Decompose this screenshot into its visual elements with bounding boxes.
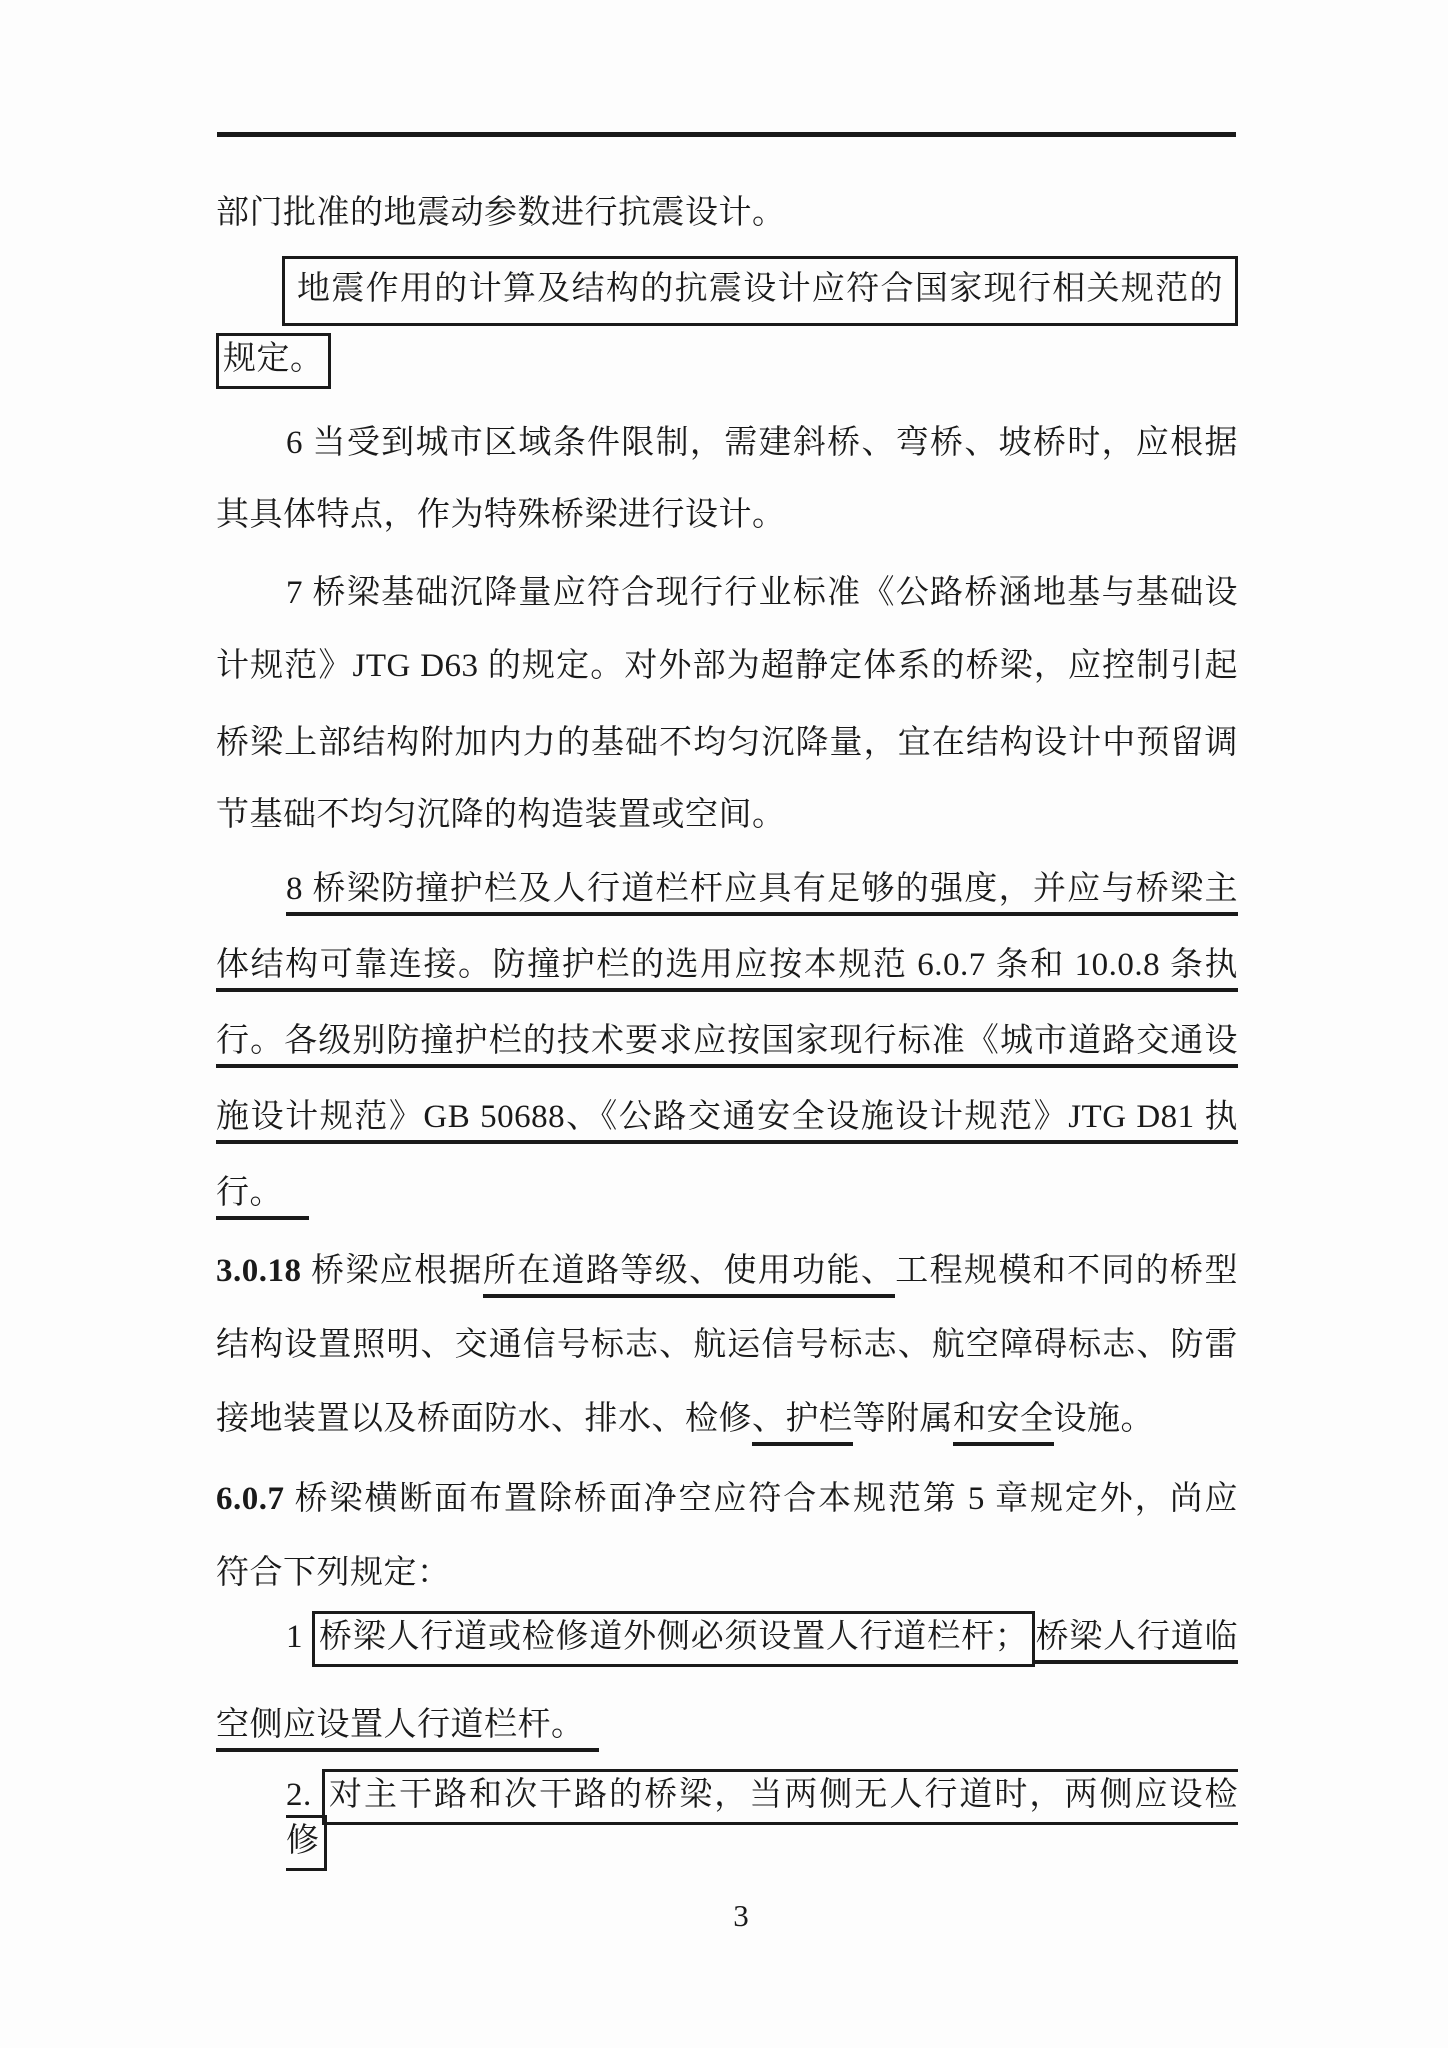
underlined-text: 8 桥梁防撞护栏及人行道栏杆应具有足够的强度，并应与桥梁主 bbox=[286, 871, 1238, 916]
underlined-text: 行。 bbox=[216, 1175, 309, 1220]
line-10: 8 桥梁防撞护栏及人行道栏杆应具有足够的强度，并应与桥梁主 bbox=[216, 866, 1238, 912]
document-body: 部门批准的地震动参数进行抗震设计。地震作用的计算及结构的抗震设计应符合国家现行相… bbox=[0, 0, 1448, 2048]
line-04: 6 当受到城市区域条件限制，需建斜桥、弯桥、坡桥时，应根据 bbox=[216, 420, 1238, 466]
line-12: 行。各级别防撞护栏的技术要求应按国家现行标准《城市道路交通设 bbox=[216, 1018, 1238, 1064]
line-05: 其具体特点，作为特殊桥梁进行设计。 bbox=[216, 492, 1238, 538]
line-18: 6.0.7 桥梁横断面布置除桥面净空应符合本规范第 5 章规定外，尚应 bbox=[216, 1476, 1238, 1522]
text-segment: 接地装置以及桥面防水、排水、检修 bbox=[216, 1401, 752, 1437]
line-14: 行。 bbox=[216, 1170, 1238, 1216]
text-segment: 等附属 bbox=[853, 1401, 954, 1437]
text-segment: 设施。 bbox=[1054, 1401, 1155, 1437]
text-segment: 其具体特点，作为特殊桥梁进行设计。 bbox=[216, 497, 786, 533]
text-segment: 2. bbox=[286, 1777, 322, 1813]
underlined-text: 施设计规范》GB 50688、《公路交通安全设施设计规范》JTG D81 执 bbox=[216, 1099, 1238, 1144]
underlined-text: 桥梁人行道临 bbox=[1035, 1619, 1238, 1664]
text-segment: 符合下列规定： bbox=[216, 1555, 451, 1591]
line-13: 施设计规范》GB 50688、《公路交通安全设施设计规范》JTG D81 执 bbox=[216, 1094, 1238, 1140]
text-segment: 7 桥梁基础沉降量应符合现行行业标准《公路桥涵地基与基础设 bbox=[286, 575, 1238, 611]
line-07: 计规范》JTG D63 的规定。对外部为超静定体系的桥梁，应控制引起 bbox=[216, 643, 1238, 689]
line-01: 部门批准的地震动参数进行抗震设计。 bbox=[216, 190, 1238, 236]
text-segment: 1 bbox=[286, 1619, 312, 1655]
text-segment: 3.0.18 bbox=[216, 1253, 302, 1289]
underlined-text: 所在道路等级、使用功能、 bbox=[483, 1253, 895, 1298]
line-22: 2. 对主干路和次干路的桥梁，当两侧无人行道时，两侧应设检修 bbox=[216, 1772, 1238, 1864]
line-20: 1 桥梁人行道或检修道外侧必须设置人行道栏杆；桥梁人行道临 bbox=[216, 1614, 1238, 1660]
text-segment: 部门批准的地震动参数进行抗震设计。 bbox=[216, 195, 786, 231]
text-segment: 桥梁横断面布置除桥面净空应符合本规范第 5 章规定外，尚应 bbox=[285, 1481, 1239, 1517]
underlined-text: 、护栏 bbox=[752, 1401, 853, 1446]
underlined-text: 体结构可靠连接。防撞护栏的选用应按本规范 6.0.7 条和 10.0.8 条执 bbox=[216, 947, 1238, 992]
text-segment: 桥梁应根据 bbox=[302, 1253, 483, 1289]
boxed-text: 规定。 bbox=[216, 333, 331, 389]
text-segment: 工程规模和不同的桥型 bbox=[895, 1253, 1238, 1289]
underlined-text: 和安全 bbox=[953, 1401, 1054, 1446]
line-09: 节基础不均匀沉降的构造装置或空间。 bbox=[216, 792, 1238, 838]
line-21: 空侧应设置人行道栏杆。 bbox=[216, 1702, 1238, 1748]
line-08: 桥梁上部结构附加内力的基础不均匀沉降量，宜在结构设计中预留调 bbox=[216, 720, 1238, 766]
text-segment: 地震作用的计算及结构的抗震设计应符合国家现行相关规范的 bbox=[297, 271, 1223, 307]
document-page: 部门批准的地震动参数进行抗震设计。地震作用的计算及结构的抗震设计应符合国家现行相… bbox=[0, 0, 1448, 2048]
line-06: 7 桥梁基础沉降量应符合现行行业标准《公路桥涵地基与基础设 bbox=[216, 570, 1238, 616]
line-11: 体结构可靠连接。防撞护栏的选用应按本规范 6.0.7 条和 10.0.8 条执 bbox=[216, 942, 1238, 988]
boxed-text: 桥梁人行道或检修道外侧必须设置人行道栏杆； bbox=[312, 1611, 1035, 1667]
underlined-text: 空侧应设置人行道栏杆。 bbox=[216, 1707, 599, 1752]
text-segment: 桥梁上部结构附加内力的基础不均匀沉降量，宜在结构设计中预留调 bbox=[216, 725, 1238, 761]
line-16: 结构设置照明、交通信号标志、航运信号标志、航空障碍标志、防雷 bbox=[216, 1322, 1238, 1368]
line-02-framed: 地震作用的计算及结构的抗震设计应符合国家现行相关规范的 bbox=[282, 256, 1238, 326]
boxed-text: 对主干路和次干路的桥梁，当两侧无人行道时，两侧应设检修 bbox=[286, 1769, 1238, 1871]
underlined-text: 行。各级别防撞护栏的技术要求应按国家现行标准《城市道路交通设 bbox=[216, 1023, 1238, 1068]
text-segment: 节基础不均匀沉降的构造装置或空间。 bbox=[216, 797, 786, 833]
text-segment: 结构设置照明、交通信号标志、航运信号标志、航空障碍标志、防雷 bbox=[216, 1327, 1238, 1363]
line-03: 规定。 bbox=[216, 336, 1238, 382]
text-segment: 6.0.7 bbox=[216, 1481, 285, 1517]
text-segment: 6 当受到城市区域条件限制，需建斜桥、弯桥、坡桥时，应根据 bbox=[286, 425, 1238, 461]
line-15: 3.0.18 桥梁应根据所在道路等级、使用功能、工程规模和不同的桥型 bbox=[216, 1248, 1238, 1294]
text-segment: 计规范》JTG D63 的规定。对外部为超静定体系的桥梁，应控制引起 bbox=[216, 648, 1238, 684]
line-19: 符合下列规定： bbox=[216, 1550, 1238, 1596]
page-number: 3 bbox=[216, 1896, 1266, 1936]
line-17: 接地装置以及桥面防水、排水、检修、护栏等附属和安全设施。 bbox=[216, 1396, 1238, 1442]
